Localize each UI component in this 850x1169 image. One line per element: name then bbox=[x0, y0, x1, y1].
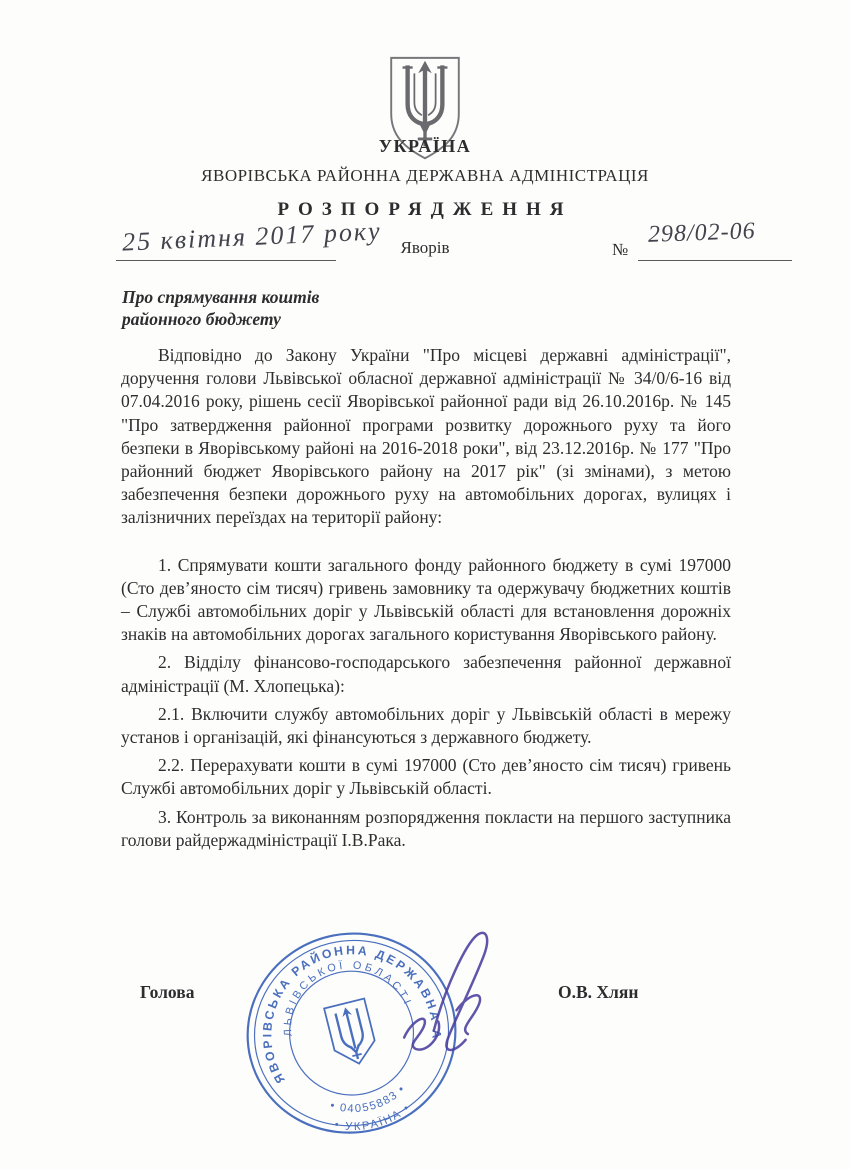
number-label: № bbox=[612, 240, 628, 260]
order-item-3: 3. Контроль за виконанням розпорядження … bbox=[121, 806, 731, 852]
document-type-title: РОЗПОРЯДЖЕННЯ bbox=[0, 199, 850, 221]
order-item-2: 2. Відділу фінансово-господарського забе… bbox=[121, 651, 731, 697]
order-item-1: 1. Спрямувати кошти загального фонду рай… bbox=[121, 554, 731, 647]
order-item-2-2: 2.2. Перерахувати кошти в сумі 197000 (С… bbox=[121, 754, 731, 800]
scanned-document-page: УКРАЇНА ЯВОРІВСЬКА РАЙОННА ДЕРЖАВНА АДМІ… bbox=[0, 0, 850, 1169]
handwritten-number: 298/02-06 bbox=[648, 218, 757, 249]
date-underline bbox=[116, 260, 336, 261]
intro-paragraph: Відповідно до Закону України "Про місцев… bbox=[121, 344, 731, 530]
subject-line-2: районного бюджету bbox=[122, 308, 319, 330]
number-underline bbox=[638, 260, 792, 261]
country-title: УКРАЇНА bbox=[0, 136, 850, 157]
authority-title: ЯВОРІВСЬКА РАЙОННА ДЕРЖАВНА АДМІНІСТРАЦІ… bbox=[0, 166, 850, 186]
order-item-2-1: 2.1. Включити службу автомобільних доріг… bbox=[121, 703, 731, 749]
signer-position: Голова bbox=[140, 982, 194, 1003]
signer-name: О.В. Хлян bbox=[558, 982, 638, 1003]
handwritten-signature-icon bbox=[378, 926, 510, 1058]
subject-line-1: Про спрямування коштів bbox=[122, 286, 319, 308]
document-body: Відповідно до Закону України "Про місцев… bbox=[121, 344, 731, 857]
subject-heading: Про спрямування коштів районного бюджету bbox=[122, 286, 319, 330]
